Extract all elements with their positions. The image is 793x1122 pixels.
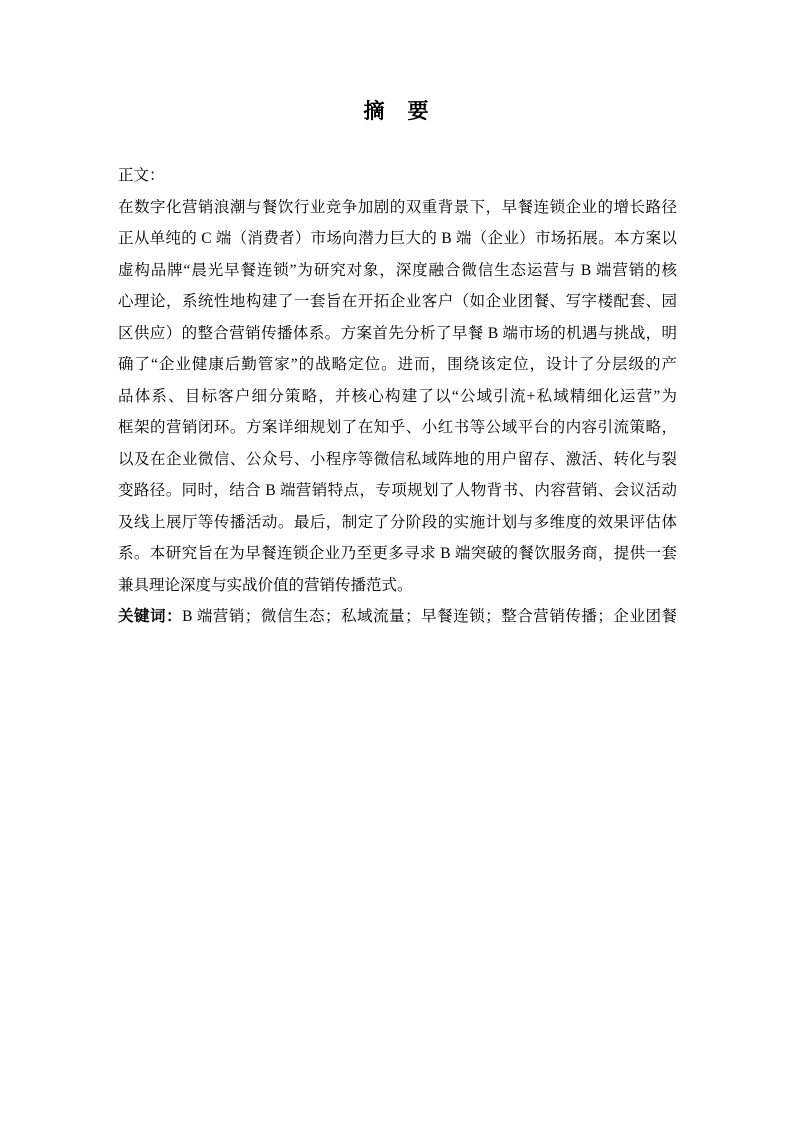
paragraph-line: 变路径。同时，结合 B 端营销特点，专项规划了人物背书、内容营销、会议活动 <box>118 475 677 507</box>
paragraph-line: 正从单纯的 C 端（消费者）市场向潜力巨大的 B 端（企业）市场拓展。本方案以 <box>118 223 677 255</box>
paragraph-line: 系。本研究旨在为早餐连锁企业乃至更多寻求 B 端突破的餐饮服务商，提供一套 <box>118 538 677 570</box>
paragraph-line: 及线上展厅等传播活动。最后，制定了分阶段的实施计划与多维度的效果评估体 <box>118 507 677 539</box>
paragraph-line: 框架的营销闭环。方案详细规划了在知乎、小红书等公域平台的内容引流策略， <box>118 412 677 444</box>
abstract-title: 摘 要 <box>0 96 793 126</box>
paragraph-line: 确了“企业健康后勤管家”的战略定位。进而，围绕该定位，设计了分层级的产 <box>118 349 677 381</box>
paragraph-line: 在数字化营销浪潮与餐饮行业竞争加剧的双重背景下，早餐连锁企业的增长路径 <box>118 192 677 224</box>
keywords-line: 关键词：B 端营销；微信生态；私域流量；早餐连锁；整合营销传播；企业团餐 <box>118 601 677 633</box>
abstract-paragraph: 在数字化营销浪潮与餐饮行业竞争加剧的双重背景下，早餐连锁企业的增长路径正从单纯的… <box>118 192 677 602</box>
keywords-text: B 端营销；微信生态；私域流量；早餐连锁；整合营销传播；企业团餐 <box>182 608 677 625</box>
keywords-label: 关键词： <box>118 608 182 625</box>
paragraph-line: 心理论，系统性地构建了一套旨在开拓企业客户（如企业团餐、写字楼配套、园 <box>118 286 677 318</box>
paragraph-line: 兼具理论深度与实战价值的营销传播范式。 <box>118 570 677 602</box>
paragraph-line: 品体系、目标客户细分策略，并核心构建了以“公域引流+私域精细化运营”为 <box>118 381 677 413</box>
paragraph-line: 区供应）的整合营销传播体系。方案首先分析了早餐 B 端市场的机遇与挑战，明 <box>118 318 677 350</box>
body-label: 正文： <box>118 160 677 192</box>
abstract-content: 正文： 在数字化营销浪潮与餐饮行业竞争加剧的双重背景下，早餐连锁企业的增长路径正… <box>0 160 793 633</box>
document-page: 摘 要 正文： 在数字化营销浪潮与餐饮行业竞争加剧的双重背景下，早餐连锁企业的增… <box>0 0 793 1122</box>
paragraph-line: 虚构品牌“晨光早餐连锁”为研究对象，深度融合微信生态运营与 B 端营销的核 <box>118 255 677 287</box>
paragraph-line: 以及在企业微信、公众号、小程序等微信私域阵地的用户留存、激活、转化与裂 <box>118 444 677 476</box>
